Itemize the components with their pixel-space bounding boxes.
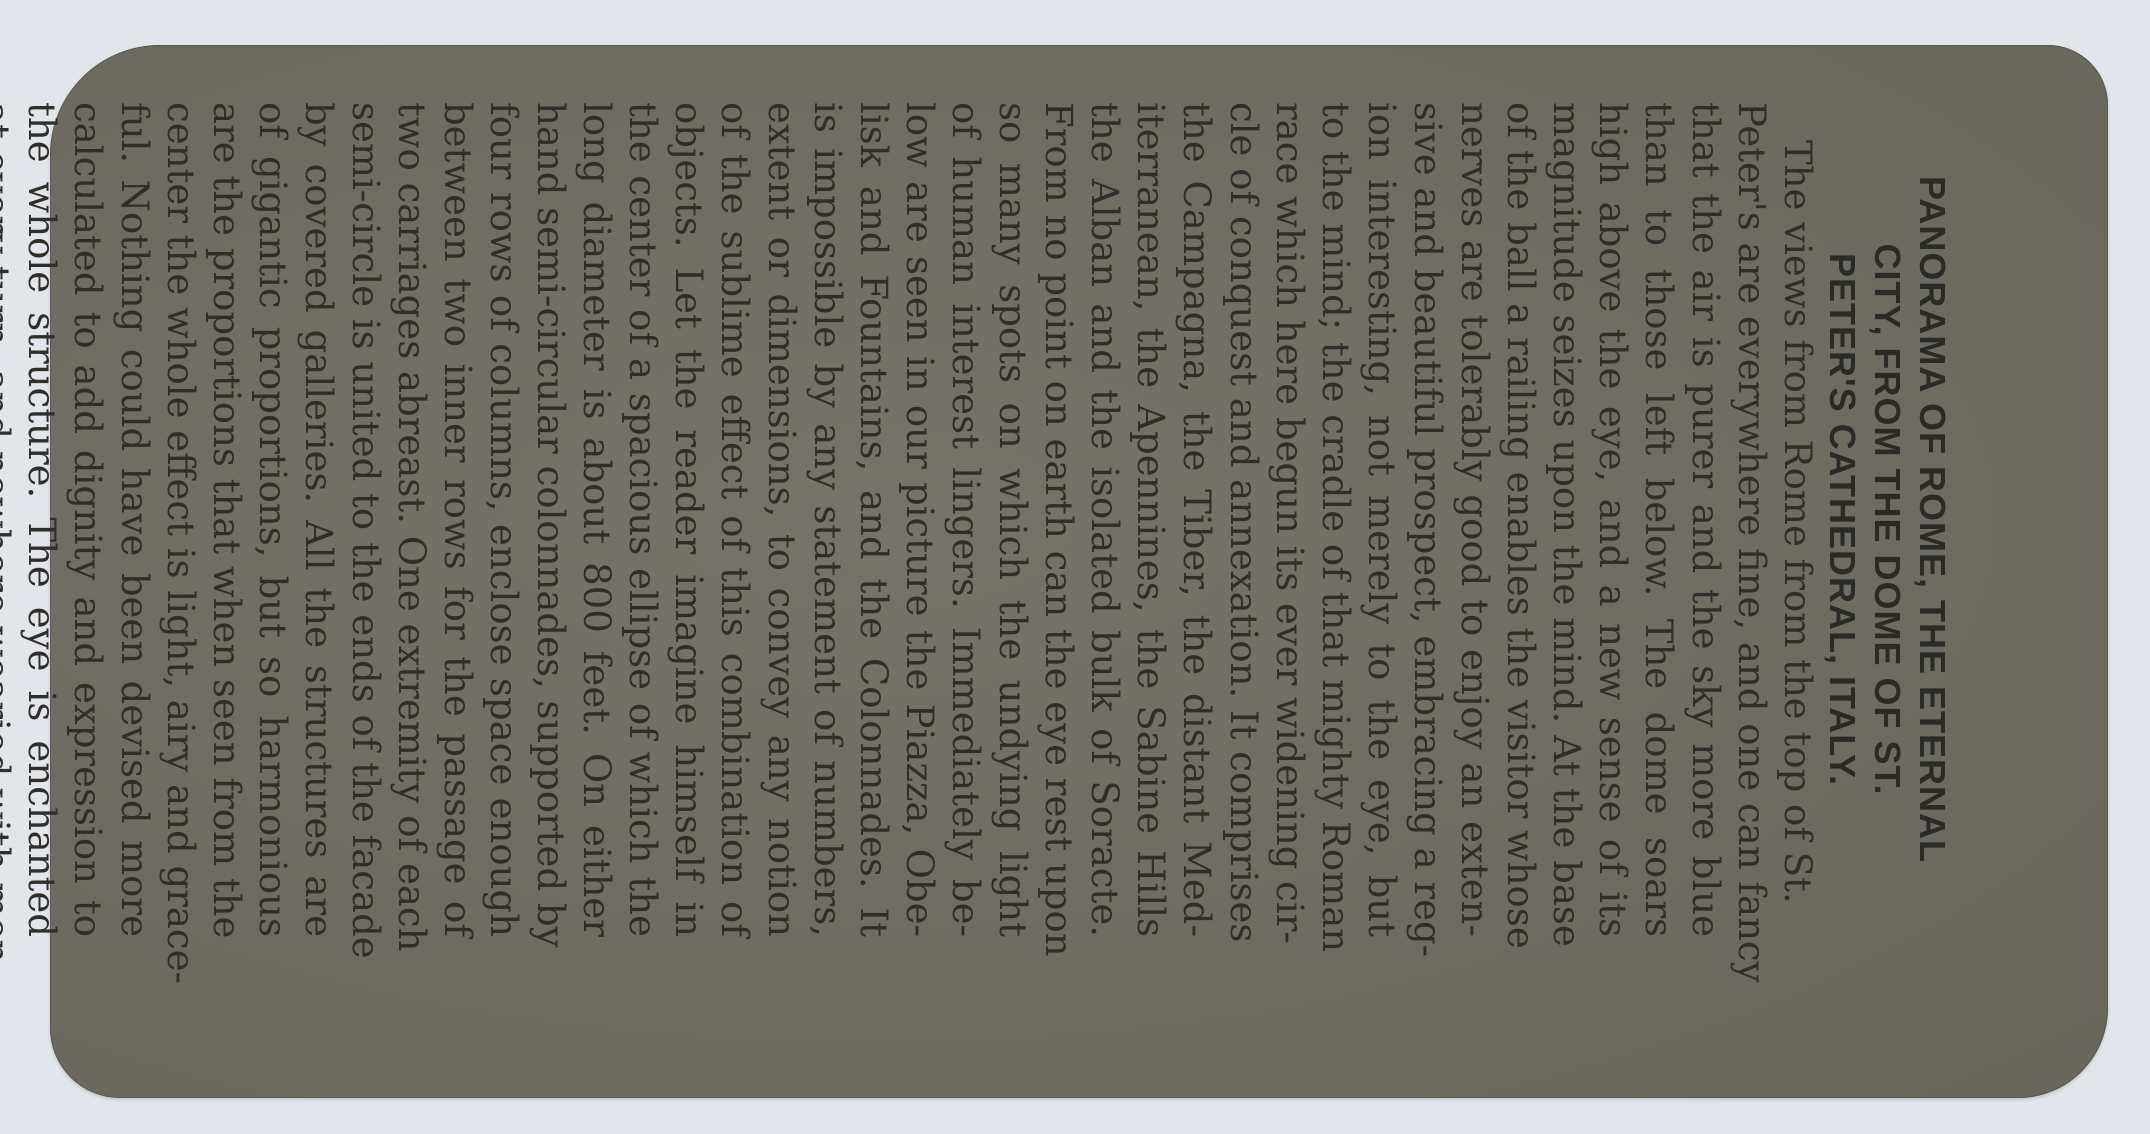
body-text-line: than to those left below. The dome soars <box>1635 102 1681 937</box>
body-text-line: low are seen in our picture the Piazza, … <box>896 102 942 937</box>
body-text-line: lisk and Fountains, and the Colonnades. … <box>850 102 896 937</box>
body-text-line: of gigantic proportions, but so harmonio… <box>249 102 295 937</box>
body-text-line: semi-circle is united to the ends of the… <box>342 102 388 937</box>
title-line: PANORAMA OF ROME, THE ETERNAL <box>1910 102 1955 937</box>
body-text-line: the Alban and the isolated bulk of Sorac… <box>1081 102 1127 937</box>
body-text-line: the Campagna, the Tiber, the distant Med… <box>1173 102 1219 937</box>
body-text-line: four rows of columns, enclose space enou… <box>480 102 526 937</box>
body-text-line: ful. Nothing could have been devised mor… <box>110 102 156 937</box>
body-text-line: objects. Let the reader imagine himself … <box>665 102 711 937</box>
card-description: The views from Rome from the top of St.P… <box>0 102 1820 937</box>
title-line: CITY, FROM THE DOME OF ST. <box>1865 102 1910 937</box>
body-text-line: ion interesting, not merely to the eye, … <box>1358 102 1404 937</box>
body-text-line: the whole structure. The eye is enchante… <box>18 102 64 937</box>
body-text-line: between two inner rows for the passage o… <box>434 102 480 937</box>
body-text-line: of human interest lingers. Immediately b… <box>942 102 988 937</box>
body-text-line: two carriages abreast. One extremity of … <box>388 102 434 937</box>
body-text-line: sive and beautiful prospect, embracing a… <box>1404 102 1450 937</box>
body-text-line: hand semi-circular colonnades, supported… <box>526 102 572 937</box>
body-text-line: is impossible by any statement of number… <box>804 102 850 937</box>
body-text-line: nerves are tolerably good to enjoy an ex… <box>1450 102 1496 937</box>
body-text-line: The views from Rome from the top of St. <box>1774 102 1820 937</box>
body-text-line: the center of a spacious ellipse of whic… <box>619 102 665 937</box>
body-text-line: cle of conquest and annexation. It compr… <box>1219 102 1265 937</box>
card-title: PANORAMA OF ROME, THE ETERNAL CITY, FROM… <box>1820 102 1955 937</box>
body-text-line: of the ball a railing enables the visito… <box>1497 102 1543 937</box>
title-line: PETER'S CATHEDRAL, ITALY. <box>1820 102 1865 937</box>
body-text-line: magnitude seizes upon the mind. At the b… <box>1543 102 1589 937</box>
body-text-line: iterranean, the Apennines, the Sabine Hi… <box>1127 102 1173 937</box>
body-text-line: at every turn, and nowhere wearied with … <box>0 102 18 937</box>
body-text-line: that the air is purer and the sky more b… <box>1681 102 1727 937</box>
body-text-line: of the sublime effect of this combinatio… <box>711 102 757 937</box>
body-text-line: so many spots on which the undying light <box>988 102 1034 937</box>
body-text-line: race which here begun its ever widening … <box>1266 102 1312 937</box>
body-text-line: calculated to add dignity and expression… <box>64 102 110 937</box>
body-text-line: center the whole effect is light, airy a… <box>157 102 203 937</box>
body-text-line: From no point on earth can the eye rest … <box>1035 102 1081 937</box>
body-text-line: to the mind; the cradle of that mighty R… <box>1312 102 1358 937</box>
body-text-line: long diameter is about 800 feet. On eith… <box>573 102 619 937</box>
body-text-line: Peter's are everywhere fine, and one can… <box>1728 102 1774 937</box>
body-text-line: by covered galleries. All the structures… <box>295 102 341 937</box>
card-text-rotated: PANORAMA OF ROME, THE ETERNAL CITY, FROM… <box>215 102 1955 937</box>
body-text-line: high above the eye, and a new sense of i… <box>1589 102 1635 937</box>
body-text-line: extent or dimensions, to convey any noti… <box>757 102 803 937</box>
body-text-line: are the proportions that when seen from … <box>203 102 249 937</box>
